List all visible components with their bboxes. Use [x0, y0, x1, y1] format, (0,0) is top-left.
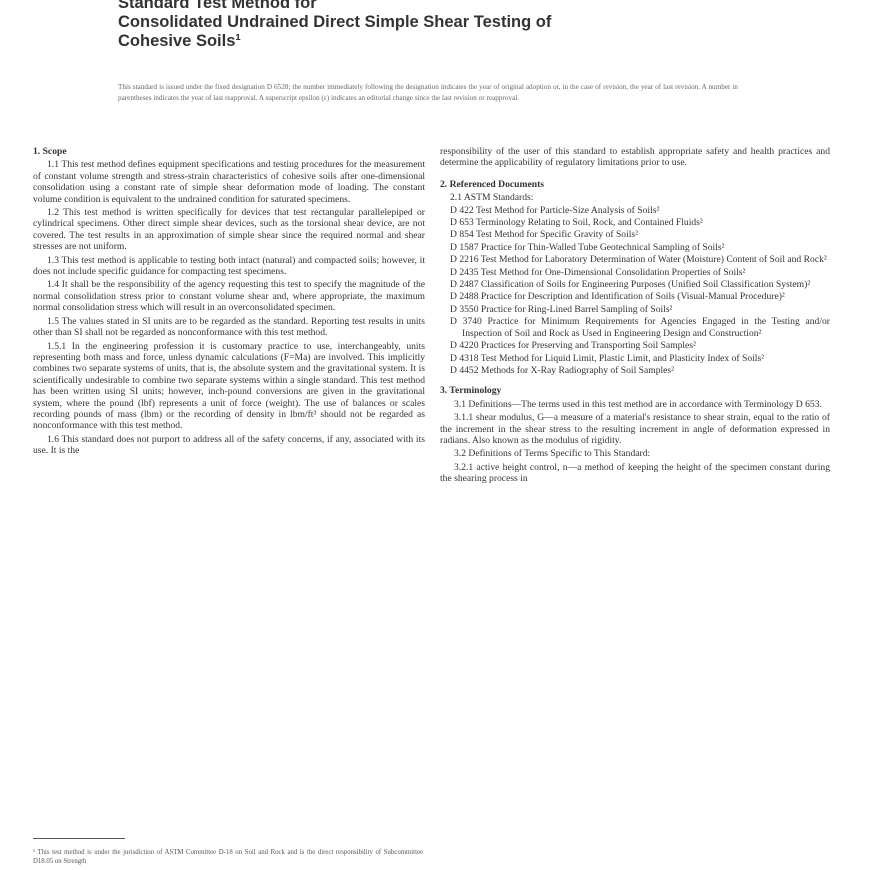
reference-item: D 422 Test Method for Particle-Size Anal… [440, 205, 830, 216]
section-heading-terminology: 3. Terminology [440, 385, 830, 396]
reference-item: D 2488 Practice for Description and Iden… [440, 291, 830, 302]
paragraph: 1.6 This standard does not purport to ad… [33, 434, 425, 457]
title-line-2: Consolidated Undrained Direct Simple She… [118, 13, 758, 32]
reference-item: D 1587 Practice for Thin-Walled Tube Geo… [440, 242, 830, 253]
paragraph: 1.1 This test method defines equipment s… [33, 159, 425, 205]
paragraph: 1.3 This test method is applicable to te… [33, 255, 425, 278]
reference-item: D 2435 Test Method for One-Dimensional C… [440, 267, 830, 278]
reference-item: D 4318 Test Method for Liquid Limit, Pla… [440, 353, 830, 364]
paragraph: 1.5.1 In the engineering profession it i… [33, 341, 425, 432]
paragraph: 3.1.1 shear modulus, G—a measure of a ma… [440, 412, 830, 446]
right-column: responsibility of the user of this stand… [440, 146, 830, 487]
reference-item: D 4220 Practices for Preserving and Tran… [440, 340, 830, 351]
left-column: 1. Scope 1.1 This test method defines eq… [33, 146, 425, 459]
section-heading-references: 2. Referenced Documents [440, 179, 830, 190]
document-title: Standard Test Method for Consolidated Un… [118, 0, 758, 51]
reference-item: D 3550 Practice for Ring-Lined Barrel Sa… [440, 304, 830, 315]
paragraph: 1.5 The values stated in SI units are to… [33, 316, 425, 339]
reference-item: 2.1 ASTM Standards: [440, 192, 830, 203]
reference-item: D 2487 Classification of Soils for Engin… [440, 279, 830, 290]
reference-item: D 653 Terminology Relating to Soil, Rock… [440, 217, 830, 228]
paragraph: 1.4 It shall be the responsibility of th… [33, 279, 425, 313]
paragraph: 3.2.1 active height control, n—a method … [440, 462, 830, 485]
section-heading-scope: 1. Scope [33, 146, 425, 157]
title-line-1: Standard Test Method for [118, 0, 758, 13]
paragraph: responsibility of the user of this stand… [440, 146, 830, 169]
reference-item: D 2216 Test Method for Laboratory Determ… [440, 254, 830, 265]
footnote: ¹ This test method is under the jurisdic… [33, 848, 423, 866]
reference-item: D 4452 Methods for X-Ray Radiography of … [440, 365, 830, 376]
designation-notice: This standard is issued under the fixed … [118, 82, 738, 104]
paragraph: 3.2 Definitions of Terms Specific to Thi… [440, 448, 830, 459]
reference-item: D 3740 Practice for Minimum Requirements… [440, 316, 830, 339]
paragraph: 1.2 This test method is written specific… [33, 207, 425, 253]
title-line-3: Cohesive Soils¹ [118, 32, 758, 51]
paragraph: 3.1 Definitions—The terms used in this t… [440, 399, 830, 410]
reference-item: D 854 Test Method for Specific Gravity o… [440, 229, 830, 240]
footnote-divider [33, 838, 125, 839]
